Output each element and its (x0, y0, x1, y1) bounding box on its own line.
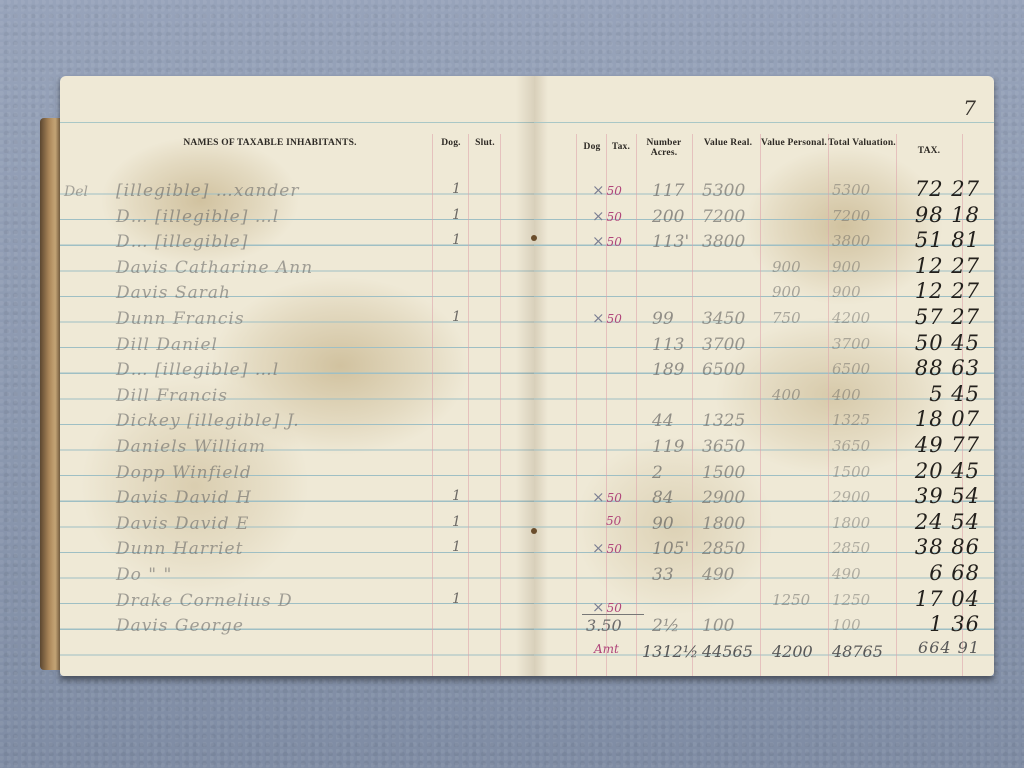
inhabitant-name: Davis David E (116, 514, 249, 534)
table-row: D… [illegible] …l1 (60, 206, 534, 232)
value-real: 2850 (702, 539, 745, 559)
header-tax-total: TAX. (896, 146, 962, 156)
header-dog: Dog (578, 142, 606, 152)
value-personal: 750 (772, 309, 801, 327)
table-row: ×501250125017 04 (534, 590, 994, 616)
table-row: Do " " (60, 564, 534, 590)
value-personal: 900 (772, 258, 801, 276)
dog-tax: ×50 (592, 598, 622, 616)
value-real: 5300 (702, 181, 745, 201)
acres: 84 (652, 488, 674, 508)
tax-amount: 38 86 (915, 535, 980, 559)
acres: 2 (652, 463, 663, 483)
table-row: Drake Cornelius D1 (60, 590, 534, 616)
inhabitant-name: Davis George (116, 616, 244, 636)
value-real: 6500 (702, 360, 745, 380)
tax-amount: 72 27 (915, 177, 980, 201)
inhabitant-name: Dill Francis (116, 386, 228, 406)
tax-amount: 20 45 (915, 459, 980, 483)
check-x-icon: × (592, 598, 605, 616)
total-valuation: 900 (832, 258, 861, 276)
value-real: 100 (702, 616, 734, 636)
value-real: 490 (702, 565, 734, 585)
table-row: ×50105'2850285038 86 (534, 538, 994, 564)
acres: 189 (652, 360, 684, 380)
total-valuation: 1325 (832, 411, 870, 429)
tax-amount: 98 18 (915, 203, 980, 227)
inhabitant-name: Do " " (116, 565, 172, 585)
table-row: Davis Sarah (60, 282, 534, 308)
total-valuation: 100 (832, 616, 861, 634)
check-x-icon: × (592, 232, 605, 250)
tax-amount: 39 54 (915, 484, 980, 508)
tax-amount: 6 68 (929, 561, 980, 585)
dog-tax: 50 (592, 514, 621, 528)
header-rule (60, 122, 534, 123)
table-row: Dill Daniel (60, 334, 534, 360)
table-row: 1896500650088 63 (534, 359, 994, 385)
table-row: D… [illegible] …l (60, 359, 534, 385)
table-row: D… [illegible]1 (60, 231, 534, 257)
value-personal: 900 (772, 283, 801, 301)
total-valuation: 400 (832, 386, 861, 404)
inhabitant-name: D… [illegible] …l (116, 207, 279, 227)
left-page: NAMES OF TAXABLE INHABITANTS. Dog. Slut.… (60, 76, 534, 676)
check-x-icon: × (592, 488, 605, 506)
dog-count: 1 (452, 181, 461, 197)
header-value-personal: Value Personal. (760, 138, 828, 148)
inhabitant-name: Dunn Francis (116, 309, 245, 329)
total-valuation: 6500 (832, 360, 870, 378)
dog-count: 1 (452, 514, 461, 530)
dog-count: 1 (452, 591, 461, 607)
page-number: 7 (963, 96, 976, 120)
table-row: Dunn Harriet1 (60, 538, 534, 564)
dog-tax: ×50 (592, 309, 622, 327)
table-row: Dopp Winfield (60, 462, 534, 488)
ledger-book: NAMES OF TAXABLE INHABITANTS. Dog. Slut.… (60, 76, 994, 676)
header-tax: Tax. (606, 142, 636, 152)
inhabitant-name: D… [illegible] …l (116, 360, 279, 380)
total-valuation: 3650 (832, 437, 870, 455)
check-x-icon: × (592, 539, 605, 557)
acres: 105' (652, 539, 689, 559)
total-valuation: 3800 (832, 232, 870, 250)
header-dog: Dog. (434, 138, 468, 148)
value-real: 2900 (702, 488, 745, 508)
dog-tax: ×50 (592, 232, 622, 250)
totals-row: Amt 1312½ 44565 4200 48765 664 91 (534, 641, 994, 667)
table-row: Daniels William (60, 436, 534, 462)
grand-total-valuation: 48765 (832, 642, 883, 661)
tax-amount: 12 27 (915, 279, 980, 303)
table-row: Davis David H1 (60, 487, 534, 513)
right-page: 7 Dog Tax. Number Acres. Value Real. Val… (534, 76, 994, 676)
tax-amount: 49 77 (915, 433, 980, 457)
total-value-real: 44565 (702, 642, 753, 661)
acres: 33 (652, 565, 674, 585)
tax-amount: 24 54 (915, 510, 980, 534)
inhabitant-name: Dill Daniel (116, 335, 218, 355)
acres: 99 (652, 309, 674, 329)
inhabitant-name: Dunn Harriet (116, 539, 243, 559)
inhabitant-name: Drake Cornelius D (116, 591, 293, 611)
check-x-icon: × (592, 309, 605, 327)
value-real: 3450 (702, 309, 745, 329)
value-real: 3650 (702, 437, 745, 457)
value-real: 1500 (702, 463, 745, 483)
acres: 200 (652, 207, 684, 227)
header-slut: Slut. (468, 138, 502, 148)
tax-rows: ×501175300530072 27 ×502007200720098 18 … (534, 180, 994, 666)
total-valuation: 1500 (832, 463, 870, 481)
acres: 113' (652, 232, 689, 252)
value-real: 3700 (702, 335, 745, 355)
total-valuation: 2850 (832, 539, 870, 557)
value-personal: 1250 (772, 591, 810, 609)
value-real: 1325 (702, 411, 745, 431)
table-row: Davis Catharine Ann (60, 257, 534, 283)
total-acres: 1312½ (642, 642, 698, 661)
total-valuation: 2900 (832, 488, 870, 506)
value-real: 3800 (702, 232, 745, 252)
inhabitant-name: Davis Sarah (116, 283, 231, 303)
value-real: 7200 (702, 207, 745, 227)
inhabitant-name: [illegible] …xander (116, 181, 299, 201)
check-x-icon: × (592, 181, 605, 199)
header-value-real: Value Real. (700, 138, 756, 148)
total-valuation: 900 (832, 283, 861, 301)
header-rule (534, 122, 994, 123)
value-real: 1800 (702, 514, 745, 534)
dog-count: 1 (452, 488, 461, 504)
header-total-valuation: Total Valuation. (828, 138, 896, 148)
tax-amount: 17 04 (915, 587, 980, 611)
table-row: Davis George (60, 615, 534, 641)
binding-hole (531, 235, 537, 241)
table-row: Davis David E1 (60, 513, 534, 539)
tax-amount: 88 63 (915, 356, 980, 380)
dog-count: 1 (452, 539, 461, 555)
inhabitant-name: Daniels William (116, 437, 266, 457)
dog-tax: ×50 (592, 207, 622, 225)
inhabitant-name: Davis David H (116, 488, 252, 508)
totals-label: Amt (594, 642, 619, 656)
total-valuation: 3700 (832, 335, 870, 353)
dog-tax-total: 3.50 (586, 616, 622, 635)
tax-amount: 1 36 (929, 612, 980, 636)
binding-hole (531, 528, 537, 534)
inhabitant-name: Dopp Winfield (116, 463, 252, 483)
tax-amount: 51 81 (915, 228, 980, 252)
acres: 119 (652, 437, 684, 457)
acres: 117 (652, 181, 684, 201)
tax-amount: 18 07 (915, 407, 980, 431)
dog-count: 1 (452, 232, 461, 248)
total-valuation: 1250 (832, 591, 870, 609)
tax-amount: 12 27 (915, 254, 980, 278)
inhabitant-name: Dickey [illegible] J. (116, 411, 300, 431)
value-personal: 400 (772, 386, 801, 404)
dog-tax: ×50 (592, 488, 622, 506)
total-valuation: 1800 (832, 514, 870, 532)
grand-total-tax: 664 91 (918, 638, 980, 657)
table-row: [illegible] …xander1 (60, 180, 534, 206)
acres: 2½ (652, 616, 679, 636)
table-row: Dunn Francis1 (60, 308, 534, 334)
total-valuation: 490 (832, 565, 861, 583)
acres: 113 (652, 335, 684, 355)
tax-amount: 57 27 (915, 305, 980, 329)
table-row: Dill Francis (60, 385, 534, 411)
total-valuation: 4200 (832, 309, 870, 327)
inhabitant-name: D… [illegible] (116, 232, 248, 252)
dog-tax: ×50 (592, 181, 622, 199)
total-valuation: 7200 (832, 207, 870, 225)
inhabitant-name: Davis Catharine Ann (116, 258, 313, 278)
header-names: NAMES OF TAXABLE INHABITANTS. (180, 138, 360, 148)
book-spine-edge (40, 118, 62, 670)
check-x-icon: × (592, 207, 605, 225)
header-acres: Number Acres. (636, 138, 692, 158)
acres: 44 (652, 411, 674, 431)
dog-tax: ×50 (592, 539, 622, 557)
table-row: Dickey [illegible] J. (60, 410, 534, 436)
total-valuation: 5300 (832, 181, 870, 199)
total-value-personal: 4200 (772, 642, 813, 661)
dog-count: 1 (452, 309, 461, 325)
dog-count: 1 (452, 207, 461, 223)
name-rows: [illegible] …xander1 D… [illegible] …l1 … (60, 180, 534, 641)
acres: 90 (652, 514, 674, 534)
tax-amount: 50 45 (915, 331, 980, 355)
tax-amount: 5 45 (929, 382, 980, 406)
